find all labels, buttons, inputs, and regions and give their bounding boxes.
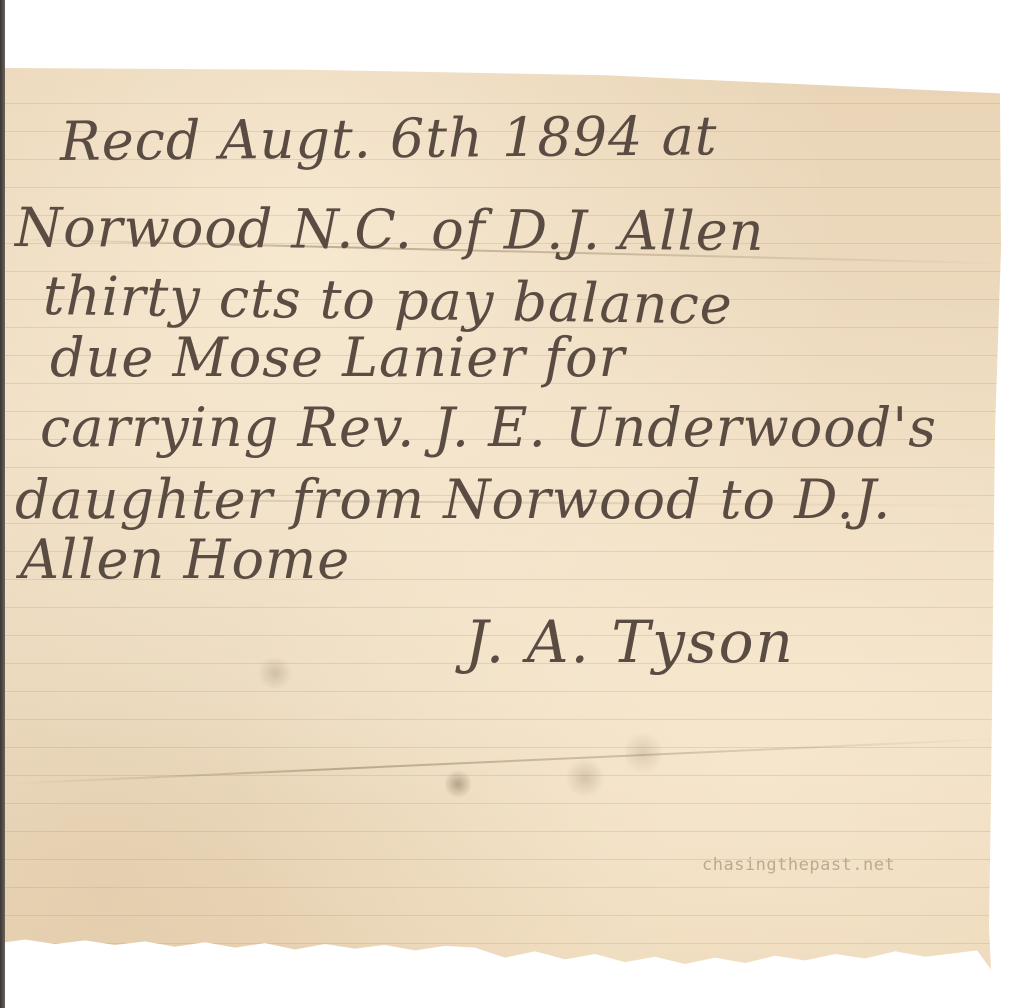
watermark: chasingthepast.net [702,855,895,875]
receipt-line-5: carrying Rev. J. E. Underwood's [40,396,937,459]
ink-smudge [565,758,605,798]
receipt-line-6: daughter from Norwood to D.J. [15,468,891,531]
ink-smudge [255,658,295,688]
paper-sheet: Recd Augt. 6th 1894 at Norwood N.C. of D… [5,68,1005,973]
receipt-line-2: Norwood N.C. of D.J. Allen [15,196,765,263]
ink-smudge [445,768,471,800]
ink-smudge [625,728,661,778]
scanner-edge-strip [0,0,5,1008]
receipt-line-1: Recd Augt. 6th 1894 at [60,104,718,173]
signature: J. A. Tyson [465,608,795,676]
receipt-line-4: due Mose Lanier for [50,326,625,389]
receipt-line-7: Allen Home [20,528,350,591]
